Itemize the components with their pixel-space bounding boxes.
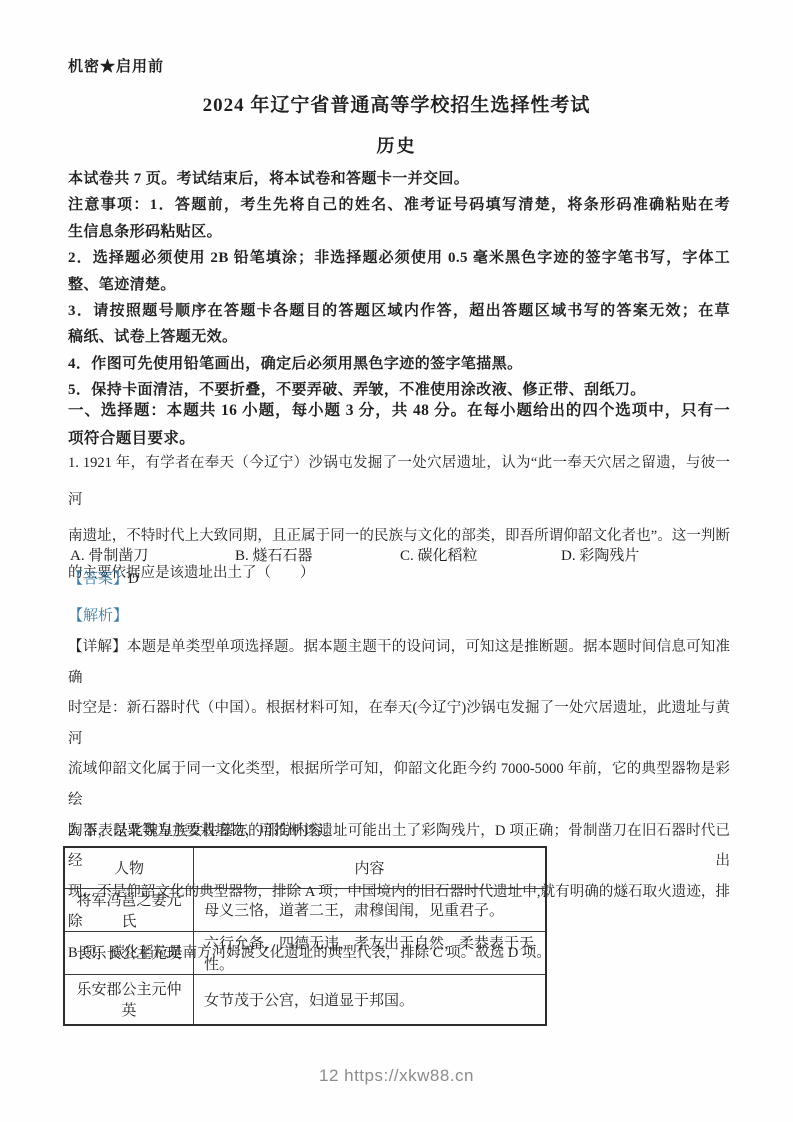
- question-1-analysis-line: 【解析】: [68, 604, 730, 625]
- analysis-label: 【解析】: [68, 608, 128, 624]
- explanation-line: 流域仰韶文化属于同一文化类型，根据所学可知，仰韶文化距今约 7000-5000 …: [68, 754, 730, 815]
- exam-subject: 历史: [0, 132, 793, 158]
- section-heading-choice-questions: 一、选择题：本题共 16 小题，每小题 3 分，共 48 分。在每小题给出的四个…: [68, 397, 730, 452]
- question-2-intro: 2. 下表是北魏皇族女性墓志的部分内容。: [68, 819, 730, 840]
- notice-line: 生信息条形码粘贴区。: [68, 219, 730, 245]
- table-cell-person: 乐安郡公主元仲英: [64, 974, 193, 1025]
- section-heading-line: 一、选择题：本题共 16 小题，每小题 3 分，共 48 分。在每小题给出的四个…: [68, 397, 730, 425]
- security-classification-label: 机密★启用前: [68, 55, 730, 76]
- table-cell-content: 女节茂于公宫，妇道显于邦国。: [193, 974, 546, 1025]
- table-cell-content: 六行允备，四德无违，孝友出于自然，柔恭表于天性。: [193, 931, 546, 974]
- epitaph-table: 人物 内容 将军冯邕之妻元氏 母义三恪，道著二王，肃穆闺闱，见重君子。 长乐长公…: [63, 846, 547, 1026]
- question-1-answer-line: 【答案】D: [68, 567, 730, 588]
- option-a: A. 骨制凿刀: [70, 544, 148, 565]
- notice-line: 3．请按照题号顺序在答题卡各题目的答题区域内作答，超出答题区域书写的答案无效；在…: [68, 298, 730, 324]
- notice-line: 4．作图可先使用铅笔画出，确定后必须用黑色字迹的签字笔描黑。: [68, 351, 730, 377]
- exam-title: 2024 年辽宁省普通高等学校招生选择性考试: [0, 90, 793, 117]
- table-header-content: 内容: [193, 847, 546, 888]
- answer-label: 【答案】: [68, 571, 128, 587]
- page-footer-watermark: 12 https://xkw88.cn: [0, 1066, 793, 1086]
- notice-line: 注意事项：1．答题前，考生先将自己的姓名、准考证号码填写清楚，将条形码准确粘贴在…: [68, 192, 730, 218]
- table-row: 乐安郡公主元仲英 女节茂于公宫，妇道显于邦国。: [64, 974, 546, 1025]
- table-row: 将军冯邕之妻元氏 母义三恪，道著二王，肃穆闺闱，见重君子。: [64, 888, 546, 931]
- table-header-person: 人物: [64, 847, 193, 888]
- table-cell-person: 长乐长公主元瑛: [64, 931, 193, 974]
- table-header-row: 人物 内容: [64, 847, 546, 888]
- question-1-line: 1. 1921 年，有学者在奉天（今辽宁）沙锅屯发掘了一处穴居遗址，认为“此一奉…: [68, 445, 730, 518]
- option-d: D. 彩陶残片: [561, 544, 639, 565]
- option-b: B. 燧石石器: [235, 544, 313, 565]
- table-row: 长乐长公主元瑛 六行允备，四德无违，孝友出于自然，柔恭表于天性。: [64, 931, 546, 974]
- table-cell-content: 母义三恪，道著二王，肃穆闺闱，见重君子。: [193, 888, 546, 931]
- explanation-line: 时空是：新石器时代（中国）。根据材料可知，在奉天(今辽宁)沙锅屯发掘了一处穴居遗…: [68, 693, 730, 754]
- exam-notice: 本试卷共 7 页。考试结束后，将本试卷和答题卡一并交回。 注意事项：1．答题前，…: [68, 166, 730, 404]
- notice-line: 稿纸、试卷上答题无效。: [68, 324, 730, 350]
- notice-line: 本试卷共 7 页。考试结束后，将本试卷和答题卡一并交回。: [68, 166, 730, 192]
- notice-line: 整、笔迹清楚。: [68, 272, 730, 298]
- option-c: C. 碳化稻粒: [400, 544, 478, 565]
- explanation-line: 【详解】本题是单类型单项选择题。据本题主题干的设问词，可知这是推断题。据本题时间…: [68, 632, 730, 693]
- exam-paper-page: 机密★启用前 2024 年辽宁省普通高等学校招生选择性考试 历史 本试卷共 7 …: [0, 0, 793, 1122]
- table-cell-person: 将军冯邕之妻元氏: [64, 888, 193, 931]
- notice-line: 2．选择题必须使用 2B 铅笔填涂；非选择题必须使用 0.5 毫米黑色字迹的签字…: [68, 245, 730, 271]
- answer-value: D: [128, 571, 139, 587]
- question-1-options: A. 骨制凿刀 B. 燧石石器 C. 碳化稻粒 D. 彩陶残片: [68, 544, 730, 566]
